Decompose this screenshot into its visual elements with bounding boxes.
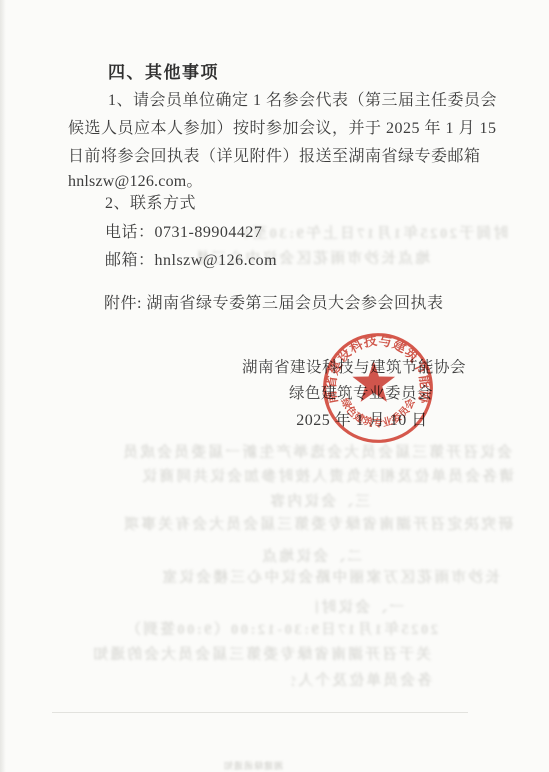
scanned-document-page: { "page": { "background": "#fbfbf9", "te…: [0, 0, 549, 772]
star-icon: [352, 361, 395, 402]
paragraph-line: 日前将参会回执表（详见附件）报送至湖南省绿专委邮箱: [68, 149, 481, 165]
paragraph-line-email: hnlszw@126.com。: [68, 174, 203, 190]
attachment-line: 附件: 湖南省绿专委第三届会员大会参会回执表: [104, 296, 443, 312]
bleedthrough-line: 湘建绿函通知: [217, 759, 283, 771]
paragraph-line: 候选人员应本人参加）按时参加会议，并于 2025 年 1 月 15: [68, 121, 497, 137]
bleedthrough-line: 研究决定召开湖南省绿专委第三届会员大会有关事项: [75, 513, 513, 533]
bleedthrough-line: 二、会议地点: [262, 545, 362, 565]
email-line: 邮箱：hnlszw@126.com: [105, 253, 277, 269]
bleedthrough-line: 时间于2025年1月17日上午9:30至12:00签到: [240, 222, 508, 242]
bleedthrough-line: 会议召开第三届会员大会选举产生新一届委员会成员: [80, 441, 512, 461]
bleedthrough-line: 2025年1月17日9:30-12:00（9:00签到）: [70, 618, 438, 638]
scan-edge-shadow: [0, 0, 6, 772]
seal-graphic: 湖南省建设科技与建筑节能协会 绿色建筑专业委员会: [314, 324, 442, 452]
bleedthrough-rule: [52, 712, 468, 713]
section-heading: 四、其他事项: [108, 64, 219, 81]
item2-heading: 2、联系方式: [105, 196, 196, 212]
bleedthrough-line: 关于召开湖南省绿专委第三届会员大会的通知: [75, 643, 431, 663]
bleedthrough-line: 三、会议内容: [258, 490, 370, 510]
bleedthrough-line: 请各会员单位及相关负责人按时参加会议共同商议: [70, 465, 514, 485]
bleedthrough-line: 长沙市雨花区万家丽中路会议中心三楼会议室: [70, 566, 500, 586]
seal-bottom-text: 绿色建筑专业委员会: [338, 395, 418, 430]
phone-line: 电话：0731-89904427: [105, 225, 262, 241]
bleedthrough-line: 一、会议时间: [316, 596, 404, 616]
official-seal: 湖南省建设科技与建筑节能协会 绿色建筑专业委员会: [314, 324, 442, 452]
bleedthrough-line: 各会员单位及个人会员: [292, 669, 432, 689]
paragraph-line: 1、请会员单位确定 1 名参会代表（第三届主任委员会: [108, 93, 497, 109]
